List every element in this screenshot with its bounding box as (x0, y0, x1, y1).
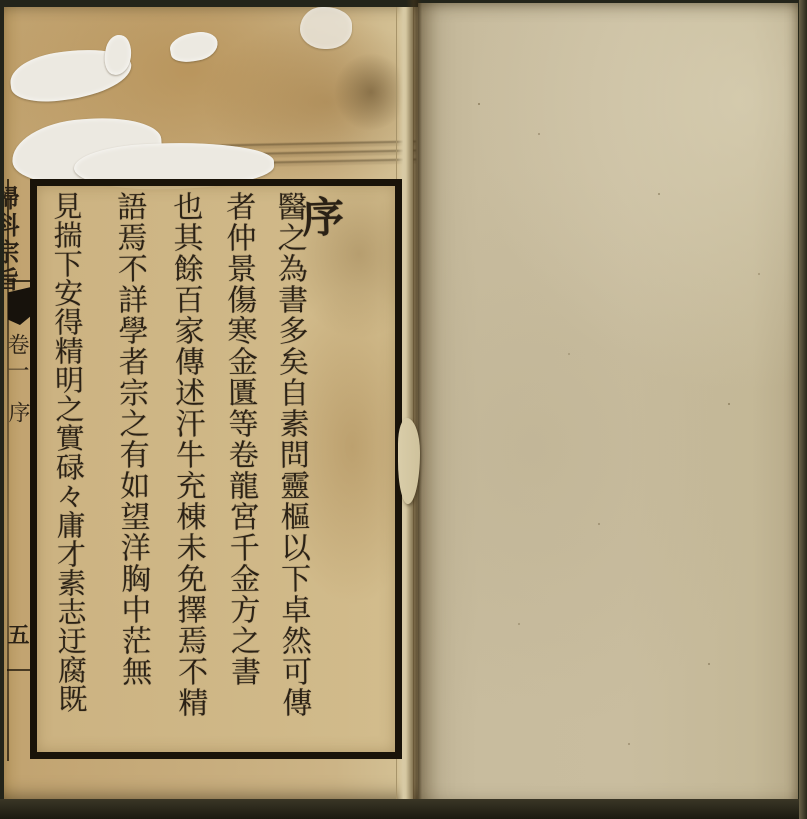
preface-column: 醫之為書多矣自素問靈樞以下卓然可傳 (273, 191, 309, 753)
spine-strip: 婦科宗旨 卷一 序 五 (4, 179, 32, 761)
photo-edge-right (799, 0, 807, 819)
preface-column: 也其餘百家傳述汗牛充棟未免擇焉不精 (169, 191, 205, 753)
page-gap-shadow (406, 0, 422, 819)
book-photo: 婦科宗旨 卷一 序 五 序 醫之為書多矣自素問靈樞以下卓然可傳 者仲景傷寒金匱等… (0, 0, 807, 819)
preface-column: 者仲景傷寒金匱等卷龍宮千金方之書 (222, 191, 258, 753)
spine-book-title: 婦科宗旨 (4, 185, 18, 293)
spine-rule (7, 669, 31, 671)
spine-section-label: 序 (6, 401, 28, 423)
left-preface-page: 婦科宗旨 卷一 序 五 序 醫之為書多矣自素問靈樞以下卓然可傳 者仲景傷寒金匱等… (4, 7, 418, 799)
preface-column: 語焉不詳學者宗之有如望洋胸中茫無 (113, 191, 149, 753)
spine-page-number: 五 (6, 623, 28, 645)
right-blank-page (418, 3, 798, 811)
paper-patch (300, 7, 352, 49)
preface-column: 見揣下安得精明之實碌々庸才素志迂腐既 (51, 191, 86, 753)
paper-patch (168, 29, 220, 65)
paper-specks (478, 103, 480, 105)
fishtail-marker-icon (8, 287, 31, 325)
photo-edge-bottom (0, 799, 807, 819)
spine-volume-label: 卷一 (5, 333, 27, 385)
spine-rule (7, 280, 31, 282)
